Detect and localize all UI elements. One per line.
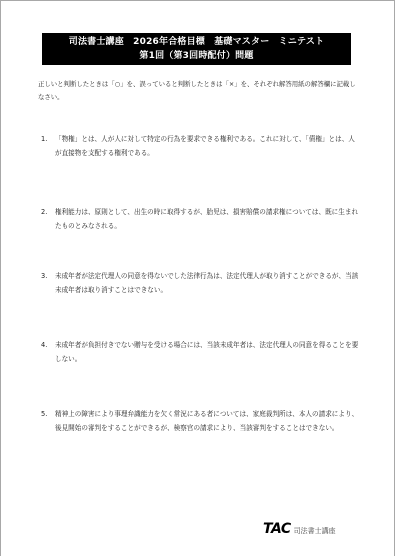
question-text: 未成年者が負担付きでない贈与を受ける場合には、当該未成年者は、法定代理人の同意を… xyxy=(55,338,359,366)
question-1: 1. 「物権」とは、人が人に対して特定の行為を要求できる権利である。これに対して… xyxy=(41,132,359,160)
title-banner: 司法書士講座 2026年合格目標 基礎マスター ミニテスト 第1回（第3回時配付… xyxy=(42,33,351,65)
title-line-1: 司法書士講座 2026年合格目標 基礎マスター ミニテスト xyxy=(42,35,351,49)
question-number: 1. xyxy=(41,132,55,160)
question-number: 3. xyxy=(41,269,55,297)
document-page: 司法書士講座 2026年合格目標 基礎マスター ミニテスト 第1回（第3回時配付… xyxy=(0,0,395,556)
tac-logo-subtitle: 司法書士講座 xyxy=(294,526,336,536)
question-text: 精神上の障害により事理弁識能力を欠く常況にある者については、家庭裁判所は、本人の… xyxy=(55,407,359,435)
question-5: 5. 精神上の障害により事理弁識能力を欠く常況にある者については、家庭裁判所は、… xyxy=(41,407,359,435)
question-number: 2. xyxy=(41,205,55,233)
question-text: 「物権」とは、人が人に対して特定の行為を要求できる権利である。これに対して、「債… xyxy=(55,132,359,160)
instructions-text: 正しいと判断したときは「○」を、誤っていると判断したときは「×」を、それぞれ解答… xyxy=(38,78,358,104)
question-text: 未成年者が法定代理人の同意を得ないでした法律行為は、法定代理人が取り消すことがで… xyxy=(55,269,359,297)
question-3: 3. 未成年者が法定代理人の同意を得ないでした法律行為は、法定代理人が取り消すこ… xyxy=(41,269,359,297)
title-line-2: 第1回（第3回時配付）問題 xyxy=(42,49,351,63)
tac-logo-mark: TAC xyxy=(263,521,291,537)
tac-logo: TAC 司法書士講座 xyxy=(263,521,336,537)
question-2: 2. 権利能力は、原則として、出生の時に取得するが、胎児は、損害賠償の請求権につ… xyxy=(41,205,359,233)
question-number: 5. xyxy=(41,407,55,435)
question-number: 4. xyxy=(41,338,55,366)
question-text: 権利能力は、原則として、出生の時に取得するが、胎児は、損害賠償の請求権については… xyxy=(55,205,359,233)
question-4: 4. 未成年者が負担付きでない贈与を受ける場合には、当該未成年者は、法定代理人の… xyxy=(41,338,359,366)
